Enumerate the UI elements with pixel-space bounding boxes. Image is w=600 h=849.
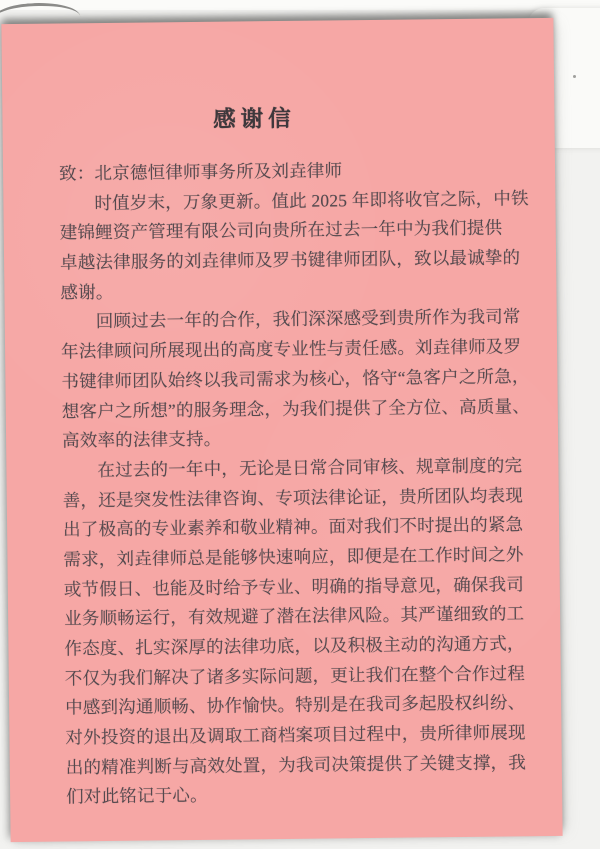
letter-line: 们对此铭记于心。 — [66, 778, 518, 813]
letter-paper: 感谢信 致：北京德恒律师事务所及刘垚律师 时值岁末，万象更新。值此 2025 年… — [1, 18, 562, 842]
letter-line: 年法律顾问所展现出的高度专业性与责任感。刘垚律师及罗 — [61, 332, 513, 367]
letter-paragraph-3: 在过去的一年中，无论是日常合同审核、规章制度的完 善，还是突发性法律咨询、专项法… — [62, 451, 518, 812]
scan-top-edge — [0, 0, 600, 10]
scanned-letter-page: 感谢信 致：北京德恒律师事务所及刘垚律师 时值岁末，万象更新。值此 2025 年… — [0, 0, 600, 849]
letter-line: 卓越法律服务的刘垚律师及罗书键律师团队，致以最诚挚的 — [60, 243, 512, 278]
letter-line: 对外投资的退出及调取工商档案项目过程中，贵所律师展现 — [65, 718, 517, 753]
letter-title: 感谢信 — [2, 98, 506, 136]
letter-paragraph-2: 回顾过去一年的合作，我们深深感受到贵所作为我司常 年法律顾问所展现出的高度专业性… — [61, 303, 515, 457]
letter-paragraph-1: 时值岁末，万象更新。值此 2025 年即将收官之际，中铁 建锦鲤资产管理有限公司… — [59, 184, 512, 308]
letter-body: 致：北京德恒律师事务所及刘垚律师 时值岁末，万象更新。值此 2025 年即将收官… — [59, 154, 518, 812]
letter-line: 需求，刘垚律师总是能够快速响应，即便是在工作时间之外 — [63, 540, 515, 575]
letter-line: 作态度、扎实深厚的法律功底，以及积极主动的沟通方式， — [64, 629, 516, 664]
scan-dust-speck — [573, 75, 576, 78]
letter-line: 书键律师团队始终以我司需求为核心，恪守“急客户之所急， — [61, 362, 513, 397]
letter-line: 出的精准判断与高效处置，为我司决策提供了关键支撑，我 — [66, 748, 518, 783]
letter-line: 想客户之所想”的服务理念，为我们提供了全方位、高质量、 — [62, 392, 514, 427]
letter-line: 在过去的一年中，无论是日常合同审核、规章制度的完 — [62, 451, 514, 486]
